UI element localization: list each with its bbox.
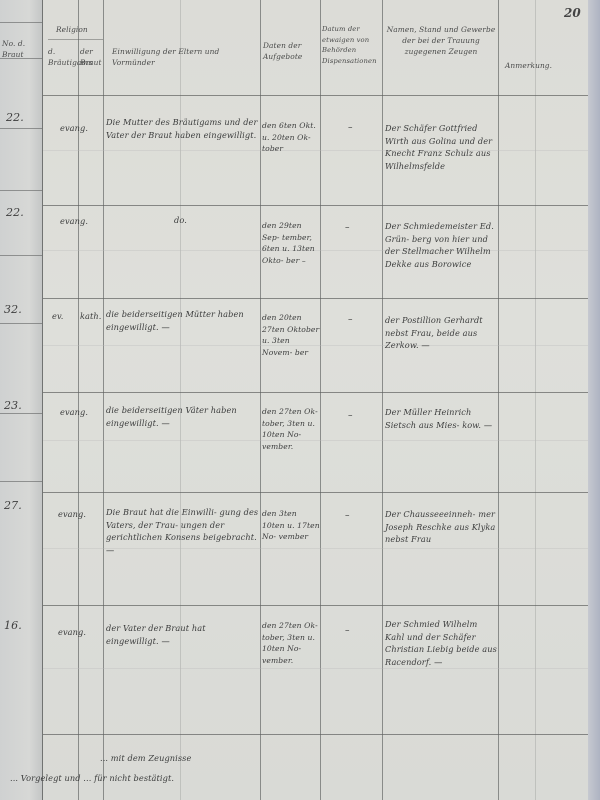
dispensation-date: – (345, 222, 350, 235)
religion-bride: evang. (58, 626, 86, 639)
header-banns-dates: Daten der Aufgebote (263, 40, 319, 62)
row-rule (43, 95, 588, 96)
religion-bride: evang. (60, 122, 88, 135)
witnesses-text: der Postillion Gerhardt nebst Frau, beid… (385, 314, 497, 352)
prev-entry-number: 27. (4, 500, 22, 513)
banns-dates: den 27ten Ok- tober, 3ten u. 10ten No- v… (262, 406, 320, 452)
prev-row-rule (0, 255, 42, 256)
column-rule (498, 0, 499, 800)
page-fold (42, 0, 43, 800)
witnesses-text: Der Schmiedemeister Ed. Grün- berg von h… (385, 220, 497, 270)
header-religion-groom: d. Bräutigams (48, 46, 78, 68)
header-religion-bride: der Braut (80, 46, 103, 68)
header-dispensation: Datum der etwaigen von Behörden Dispensa… (322, 24, 382, 66)
header-consent: Einwilligung der Eltern und Vormünder (112, 46, 258, 68)
witnesses-text: Der Müller Heinrich Sietsch aus Mies- ko… (385, 406, 497, 431)
header-prev-page: No. d. Braut (2, 38, 40, 60)
column-rule (382, 0, 383, 800)
page-number: 20 (564, 6, 581, 20)
header-remarks: Anmerkung. (505, 60, 565, 71)
header-religion: Religion (56, 24, 102, 35)
prev-row-rule (0, 481, 42, 482)
column-rule (78, 0, 79, 800)
religion-bride: evang. (60, 215, 88, 228)
banns-dates: den 27ten Ok- tober, 3ten u. 10ten No- v… (262, 620, 320, 666)
religion-bride: kath. (80, 310, 102, 323)
banns-dates: den 20ten 27ten Oktober u. 3ten Novem- b… (262, 312, 320, 358)
consent-text: der Vater der Braut hat eingewilligt. — (106, 622, 260, 647)
prev-row-rule (0, 190, 42, 191)
column-rule (320, 0, 321, 800)
row-rule (43, 298, 588, 299)
row-rule (43, 392, 588, 393)
column-rule-faint (535, 0, 536, 800)
religion-underline (48, 39, 103, 40)
column-rule (260, 0, 261, 800)
dispensation-date: – (348, 122, 353, 135)
column-rule (103, 0, 104, 800)
footer-note-line-2: ... Vorgelegt und ... für nicht bestätig… (10, 772, 330, 785)
prev-row-rule (0, 128, 42, 129)
banns-dates: den 6ten Okt. u. 20ten Ok- tober (262, 120, 320, 155)
witnesses-text: Der Chausseeeinneh- mer Joseph Reschke a… (385, 508, 497, 546)
religion-bride: evang. (58, 508, 86, 521)
consent-text: Die Braut hat die Einwilli- gung des Vat… (106, 506, 260, 556)
prev-row-rule (0, 323, 42, 324)
prev-row-rule (0, 413, 42, 414)
prev-entry-number: 22. (6, 207, 24, 220)
dispensation-date: – (348, 314, 353, 327)
religion-bride: evang. (60, 406, 88, 419)
banns-dates: den 3ten 10ten u. 17ten No- vember (262, 508, 320, 543)
header-witnesses: Namen, Stand und Gewerbe der bei der Tra… (385, 24, 497, 57)
row-rule (43, 605, 588, 606)
row-rule (43, 205, 588, 206)
witnesses-text: Der Schmied Wilhelm Kahl und der Schäfer… (385, 618, 497, 668)
consent-text: Die Mutter des Bräutigams und der Vater … (106, 116, 260, 141)
page-edge-shadow (588, 0, 600, 800)
prev-entry-number: 32. (4, 304, 22, 317)
witnesses-text: Der Schäfer Gottfried Wirth aus Golina u… (385, 122, 497, 172)
dispensation-date: – (348, 410, 353, 423)
prev-entry-number: 16. (4, 620, 22, 633)
banns-dates: den 29ten Sep- tember, 6ten u. 13ten Okt… (262, 220, 320, 266)
footer-note-line-1: ... mit dem Zeugnisse (100, 752, 320, 765)
prev-entry-number: 23. (4, 400, 22, 413)
religion-groom: ev. (52, 310, 63, 323)
row-rule (43, 492, 588, 493)
prev-row-rule (0, 22, 42, 23)
prev-entry-number: 22. (6, 112, 24, 125)
consent-text: die beiderseitigen Mütter haben eingewil… (106, 308, 260, 333)
consent-text: do. (174, 214, 187, 227)
dispensation-date: – (345, 625, 350, 638)
consent-text: die beiderseitigen Väter haben eingewill… (106, 404, 260, 429)
row-rule (43, 734, 588, 735)
dispensation-date: – (345, 510, 350, 523)
